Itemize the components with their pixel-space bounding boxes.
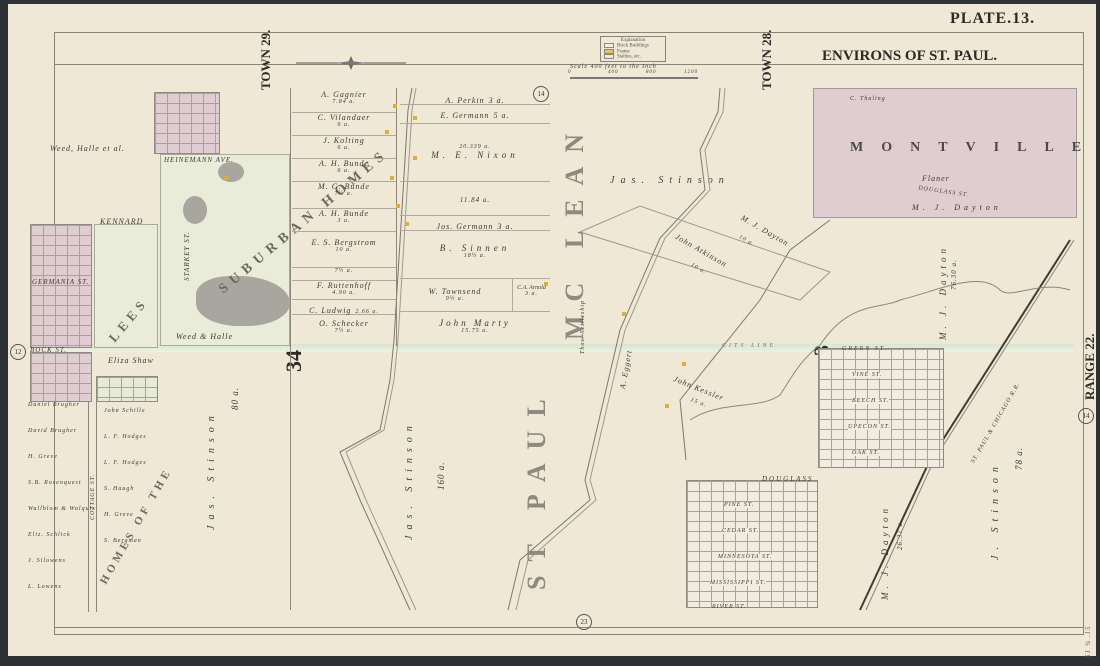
frame-building-marker xyxy=(665,404,669,408)
plat-southeast xyxy=(686,480,818,608)
parcel: John Marty15.75 a. xyxy=(400,312,550,342)
street-label: VINE ST. xyxy=(852,372,882,378)
frame-building-marker xyxy=(385,130,389,134)
street-label: CEDAR ST. xyxy=(722,528,759,534)
frame-building-marker xyxy=(622,312,626,316)
parcel: W. Townsend9½ a. C.A. Arnold3 a. xyxy=(400,279,550,312)
street-label: RIVER ST. xyxy=(712,604,747,610)
frame-building-marker xyxy=(396,204,400,208)
owner-label: M. J. Dayton xyxy=(938,245,948,340)
frame-building-marker xyxy=(393,104,397,108)
frame-building-marker xyxy=(544,282,548,286)
frame-building-marker xyxy=(413,116,417,120)
owner-label: M. J. Dayton xyxy=(912,203,1002,212)
parcel: 11.84 a. xyxy=(400,182,550,216)
street-label: GREEN ST. xyxy=(842,346,888,352)
frame-building-marker xyxy=(390,176,394,180)
area-label: 76.30 a. xyxy=(950,259,958,290)
street-label: MISSISSIPPI ST. xyxy=(710,580,766,586)
owner-label: Flaner xyxy=(922,174,950,183)
street-label: BEECH ST. xyxy=(852,398,889,404)
street-label: UPECON ST. xyxy=(848,424,891,430)
frame-building-marker xyxy=(224,176,228,180)
parcel: Jos. Germann 3 a. xyxy=(400,216,550,231)
area-label: 26.37 a. xyxy=(896,519,904,550)
margin-note: 51 ¾ .15 xyxy=(1084,626,1092,659)
parcel-line xyxy=(396,88,397,346)
right-col-parcels: A. Perkin 3 a. E. Germann 5 a. 20.339 a.… xyxy=(400,90,550,342)
street-label: PINE ST. xyxy=(724,502,754,508)
frame-building-marker xyxy=(405,222,409,226)
parcel: E. Germann 5 a. xyxy=(400,105,550,124)
street-label: MINNESOTA ST. xyxy=(718,554,772,560)
frame-building-marker xyxy=(682,362,686,366)
parcel: A. Perkin 3 a. xyxy=(400,90,550,105)
parcel: B. Sinnen18½ a. xyxy=(400,231,550,279)
frame-building-marker xyxy=(413,156,417,160)
st-paul-label: ST PAUL xyxy=(522,385,552,590)
plat-east xyxy=(818,348,944,468)
parcel: 20.339 a.M. E. Nixon xyxy=(400,124,550,182)
street-label: OAK ST. xyxy=(852,450,880,456)
street-label: DOUGLASS xyxy=(762,475,813,483)
owner-label: M. J. Dayton xyxy=(880,505,890,600)
owner-label: Thos. Settleship xyxy=(580,300,586,354)
montville-label: MONTVILLE xyxy=(850,140,1099,156)
owner-label: C. Thaling xyxy=(850,96,886,102)
